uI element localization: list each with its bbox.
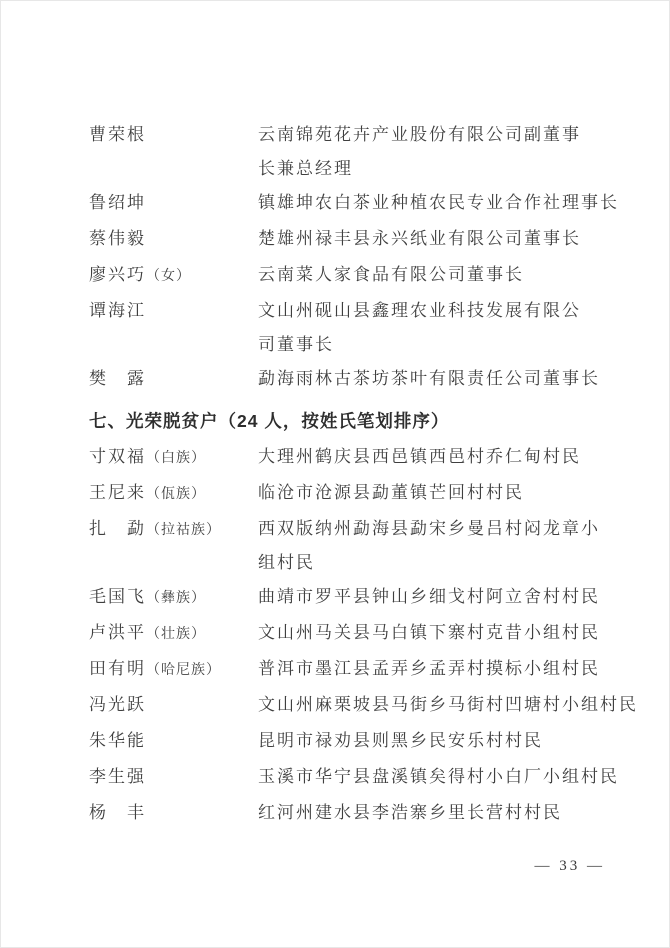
roster-row: 谭海江文山州砚山县鑫理农业科技发展有限公 司董事长: [89, 294, 619, 362]
person-title: 昆明市禄劝县则黑乡民安乐村村民: [258, 724, 543, 758]
ethnic-label: （拉祜族）: [146, 523, 221, 538]
person-title: 红河州建水县李浩寨乡里长营村村民: [258, 796, 562, 830]
person-name: 田有明: [89, 659, 146, 678]
person-name: 卢洪平: [89, 623, 146, 642]
roster-row: 寸双福（白族）大理州鹤庆县西邑镇西邑村乔仁甸村民: [89, 440, 619, 476]
ethnic-label: （彝族）: [146, 591, 206, 606]
document-page: 曹荣根云南锦苑花卉产业股份有限公司副董事 长兼总经理鲁绍坤镇雄坤农白茶业种植农民…: [0, 0, 670, 948]
person-name-cell: 毛国飞（彝族）: [89, 580, 258, 616]
person-name-cell: 冯光跃: [89, 688, 258, 724]
roster-row: 樊 露勐海雨林古茶坊茶叶有限责任公司董事长: [89, 362, 619, 398]
person-name-cell: 蔡伟毅: [89, 222, 258, 258]
person-name: 谭海江: [89, 301, 146, 320]
roster-row: 廖兴巧（女）云南菜人家食品有限公司董事长: [89, 258, 619, 294]
person-name-cell: 田有明（哈尼族）: [89, 652, 258, 688]
roster-row: 曹荣根云南锦苑花卉产业股份有限公司副董事 长兼总经理: [89, 118, 619, 186]
person-title: 镇雄坤农白茶业种植农民专业合作社理事长: [258, 186, 619, 220]
person-name-cell: 谭海江: [89, 294, 258, 330]
roster-row: 卢洪平（壮族）文山州马关县马白镇下寨村克昔小组村民: [89, 616, 619, 652]
person-title: 普洱市墨江县孟弄乡孟弄村摸标小组村民: [258, 652, 600, 686]
person-title: 云南菜人家食品有限公司董事长: [258, 258, 524, 292]
person-title: 云南锦苑花卉产业股份有限公司副董事 长兼总经理: [258, 118, 581, 186]
roster-row: 杨 丰红河州建水县李浩寨乡里长营村村民: [89, 796, 619, 832]
person-title: 临沧市沧源县勐董镇芒回村村民: [258, 476, 524, 510]
person-name-cell: 杨 丰: [89, 796, 258, 832]
page-footer: — 33 —: [535, 858, 606, 875]
person-name: 寸双福: [89, 447, 146, 466]
person-title: 西双版纳州勐海县勐宋乡曼吕村闷龙章小 组村民: [258, 512, 600, 580]
person-title: 大理州鹤庆县西邑镇西邑村乔仁甸村民: [258, 440, 581, 474]
roster-list: 曹荣根云南锦苑花卉产业股份有限公司副董事 长兼总经理鲁绍坤镇雄坤农白茶业种植农民…: [89, 118, 619, 832]
person-name: 杨 丰: [89, 803, 146, 822]
person-title: 文山州麻栗坡县马街乡马街村凹塘村小组村民: [258, 688, 638, 722]
page-number: — 33 —: [535, 858, 606, 874]
person-name: 冯光跃: [89, 695, 146, 714]
person-name: 廖兴巧: [89, 265, 146, 284]
person-name: 蔡伟毅: [89, 229, 146, 248]
person-name: 李生强: [89, 767, 146, 786]
person-title: 楚雄州禄丰县永兴纸业有限公司董事长: [258, 222, 581, 256]
roster-row: 朱华能昆明市禄劝县则黑乡民安乐村村民: [89, 724, 619, 760]
person-name-cell: 李生强: [89, 760, 258, 796]
person-name: 扎 勐: [89, 519, 146, 538]
person-name-cell: 鲁绍坤: [89, 186, 258, 222]
roster-row: 李生强玉溪市华宁县盘溪镇矣得村小白厂小组村民: [89, 760, 619, 796]
person-name: 王尼来: [89, 483, 146, 502]
person-name-cell: 寸双福（白族）: [89, 440, 258, 476]
person-name-cell: 扎 勐（拉祜族）: [89, 512, 258, 548]
ethnic-label: （哈尼族）: [146, 663, 221, 678]
roster-row: 毛国飞（彝族）曲靖市罗平县钟山乡细戈村阿立舍村村民: [89, 580, 619, 616]
ethnic-label: （佤族）: [146, 487, 206, 502]
person-title: 文山州马关县马白镇下寨村克昔小组村民: [258, 616, 600, 650]
ethnic-label: （壮族）: [146, 627, 206, 642]
person-name-cell: 王尼来（佤族）: [89, 476, 258, 512]
person-title: 玉溪市华宁县盘溪镇矣得村小白厂小组村民: [258, 760, 619, 794]
roster-row: 田有明（哈尼族）普洱市墨江县孟弄乡孟弄村摸标小组村民: [89, 652, 619, 688]
person-name-cell: 曹荣根: [89, 118, 258, 154]
ethnic-label: （白族）: [146, 451, 206, 466]
person-name: 朱华能: [89, 731, 146, 750]
person-title: 曲靖市罗平县钟山乡细戈村阿立舍村村民: [258, 580, 600, 614]
person-name: 曹荣根: [89, 125, 146, 144]
person-name-cell: 卢洪平（壮族）: [89, 616, 258, 652]
person-name-cell: 樊 露: [89, 362, 258, 398]
person-name: 毛国飞: [89, 587, 146, 606]
roster-row: 鲁绍坤镇雄坤农白茶业种植农民专业合作社理事长: [89, 186, 619, 222]
person-name-cell: 廖兴巧（女）: [89, 258, 258, 294]
roster-row: 冯光跃文山州麻栗坡县马街乡马街村凹塘村小组村民: [89, 688, 619, 724]
person-title: 勐海雨林古茶坊茶叶有限责任公司董事长: [258, 362, 600, 396]
person-name: 鲁绍坤: [89, 193, 146, 212]
person-name-cell: 朱华能: [89, 724, 258, 760]
ethnic-label: （女）: [146, 269, 191, 284]
person-name: 樊 露: [89, 369, 146, 388]
roster-row: 蔡伟毅楚雄州禄丰县永兴纸业有限公司董事长: [89, 222, 619, 258]
section-heading: 七、光荣脱贫户（24 人，按姓氏笔划排序）: [89, 404, 619, 438]
roster-row: 扎 勐（拉祜族）西双版纳州勐海县勐宋乡曼吕村闷龙章小 组村民: [89, 512, 619, 580]
person-title: 文山州砚山县鑫理农业科技发展有限公 司董事长: [258, 294, 581, 362]
roster-row: 王尼来（佤族）临沧市沧源县勐董镇芒回村村民: [89, 476, 619, 512]
